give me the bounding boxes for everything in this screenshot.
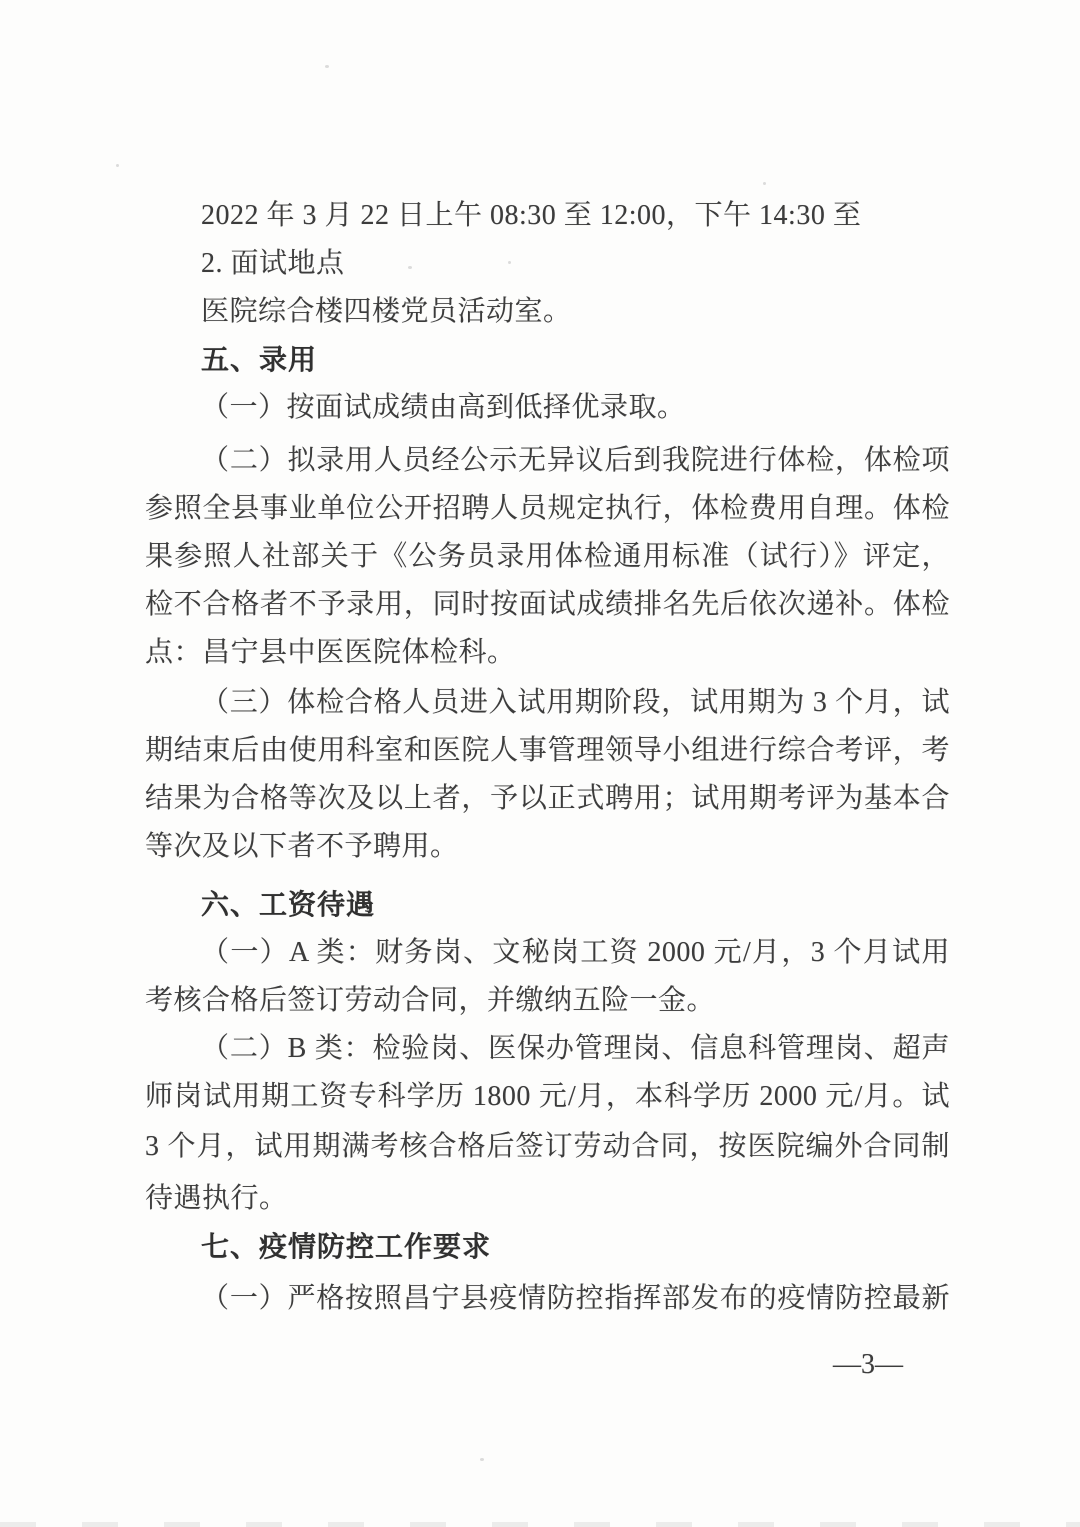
text-line: （三）体检合格人员进入试用期阶段，试用期为 3 个月，试用 bbox=[145, 679, 950, 727]
text-line: （一）A 类：财务岗、文秘岗工资 2000 元/月，3 个月试用期满 bbox=[145, 929, 950, 977]
section-heading: 六、工资待遇 bbox=[145, 881, 950, 929]
scan-speck bbox=[408, 266, 412, 269]
text-line: 师岗试用期工资专科学历 1800 元/月，本科学历 2000 元/月。试用期 bbox=[145, 1073, 950, 1121]
text-line: 等次及以下者不予聘用。 bbox=[145, 823, 950, 871]
text-line: （二）拟录用人员经公示无异议后到我院进行体检，体检项目 bbox=[145, 437, 950, 485]
section-heading: 五、录用 bbox=[145, 336, 950, 384]
text-line: 待遇执行。 bbox=[145, 1175, 950, 1223]
text-line: 医院综合楼四楼党员活动室。 bbox=[145, 288, 950, 336]
scan-edge-artifact bbox=[0, 1522, 1080, 1527]
scan-speck bbox=[763, 182, 766, 185]
text-line: 果参照人社部关于《公务员录用体检通用标准（试行）》评定，体 bbox=[145, 533, 950, 581]
page-number: —3— bbox=[833, 1350, 903, 1380]
text-line: （一）按面试成绩由高到低择优录取。 bbox=[145, 384, 950, 432]
document-body: 2022 年 3 月 22 日上午 08:30 至 12:00，下午 14:30… bbox=[145, 192, 950, 1323]
text-line: 考核合格后签订劳动合同，并缴纳五险一金。 bbox=[145, 977, 950, 1025]
scan-speck bbox=[480, 1458, 484, 1461]
text-line: 点：昌宁县中医医院体检科。 bbox=[145, 629, 950, 677]
scan-speck bbox=[508, 261, 511, 264]
scan-speck bbox=[116, 164, 119, 167]
scanned-document-page: 2022 年 3 月 22 日上午 08:30 至 12:00，下午 14:30… bbox=[0, 0, 1080, 1527]
section-heading: 七、疫情防控工作要求 bbox=[145, 1223, 950, 1271]
text-line: （二）B 类：检验岗、医保办管理岗、信息科管理岗、超声医 bbox=[145, 1025, 950, 1073]
text-line: 结果为合格等次及以上者，予以正式聘用；试用期考评为基本合格 bbox=[145, 775, 950, 823]
text-line: 期结束后由使用科室和医院人事管理领导小组进行综合考评，考评 bbox=[145, 727, 950, 775]
text-line: （一）严格按照昌宁县疫情防控指挥部发布的疫情防控最新要 bbox=[145, 1275, 950, 1323]
text-line: 检不合格者不予录用，同时按面试成绩排名先后依次递补。体检地 bbox=[145, 581, 950, 629]
scan-speck bbox=[325, 65, 329, 68]
text-line: 参照全县事业单位公开招聘人员规定执行，体检费用自理。体检结 bbox=[145, 485, 950, 533]
text-line: 2022 年 3 月 22 日上午 08:30 至 12:00，下午 14:30… bbox=[145, 192, 950, 240]
text-line: 2. 面试地点 bbox=[145, 240, 950, 288]
text-line: 3 个月，试用期满考核合格后签订劳动合同，按医院编外合同制人员 bbox=[145, 1123, 950, 1171]
